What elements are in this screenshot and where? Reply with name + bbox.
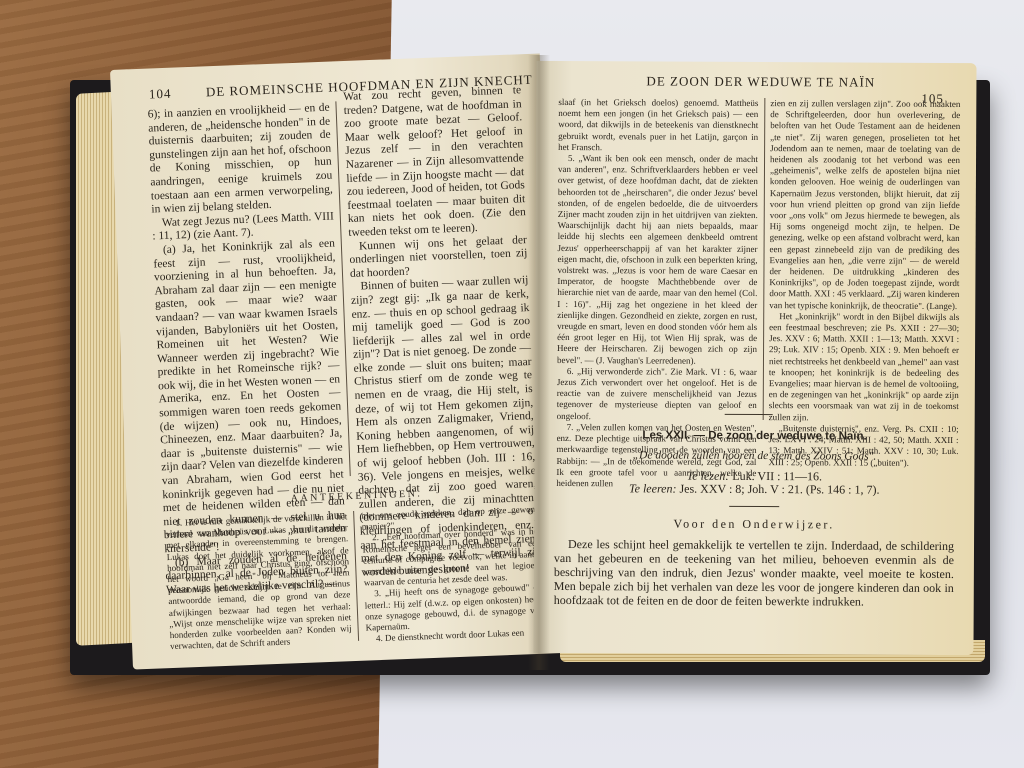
learn-line: Te leeren: Jes. XXV : 8; Joh. V : 21. (P… [554,482,954,497]
lesson-title: Les XXII. — De zoon der weduwe te Naïn. [555,429,955,443]
running-head-right: DE ZOON DER WEDUWE TE NAÏN [646,73,875,90]
learn-reference: Jes. XXV : 8; Joh. V : 21. (Ps. 146 : 1,… [679,482,879,497]
paragraph: 6); in aanzien en vroolijkheid — en de a… [148,102,334,218]
lesson-motto: „De dooden zullen hooren de stem des Zoo… [554,449,954,463]
note: slaaf (in het Grieksch doelos) genoemd. … [558,97,758,154]
column-divider [763,98,766,420]
note: 3. „Hij heeft ons de synagoge gebouwd" —… [364,582,544,634]
notes-column-2: met ons zoude spreken, dan op onze gewon… [361,504,544,645]
teacher-heading: Voor den Onderwijzer. [554,516,954,533]
note: 2. „Een hoofdman over honderd" was in he… [362,526,542,589]
paragraph: (a) Ja, het Koninkrijk zal als een feest… [153,237,347,556]
divider-rule [729,506,779,507]
paragraph: Kunnen wij ons het gelaat der onderlinge… [349,234,528,282]
page-number-left: 104 [149,86,172,103]
learn-label: Te leeren: [629,481,677,495]
right-page: DE ZOON DER WEDUWE TE NAÏN 105 slaaf (in… [533,61,976,655]
paragraph: Wat zou recht geven, binnen te treden? D… [343,84,527,240]
note: zien en zij zullen verslagen zijn". Zoo … [769,98,960,312]
right-column-2: zien en zij zullen verslagen zijn". Zoo … [768,98,960,469]
note: 5. „Want ik ben ook een mensch, onder de… [557,153,758,367]
notes-column-1: 1. Het is niet gemakkelijk de verschille… [165,511,352,652]
lesson-block: Les XXII. — De zoon der weduwe te Naïn. … [554,429,955,609]
notes-divider [353,511,359,641]
book-gutter [528,55,550,670]
note: 1. Het is niet gemakkelijk de verschille… [165,511,352,652]
left-page: 104 DE ROMEINSCHE HOOFDMAN EN ZIJN KNECH… [110,53,563,669]
teacher-paragraph: Deze les schijnt heel gemakkelijk te ver… [554,537,954,609]
note: Het „koninkrijk" wordt in den Bijbel dik… [769,311,960,424]
